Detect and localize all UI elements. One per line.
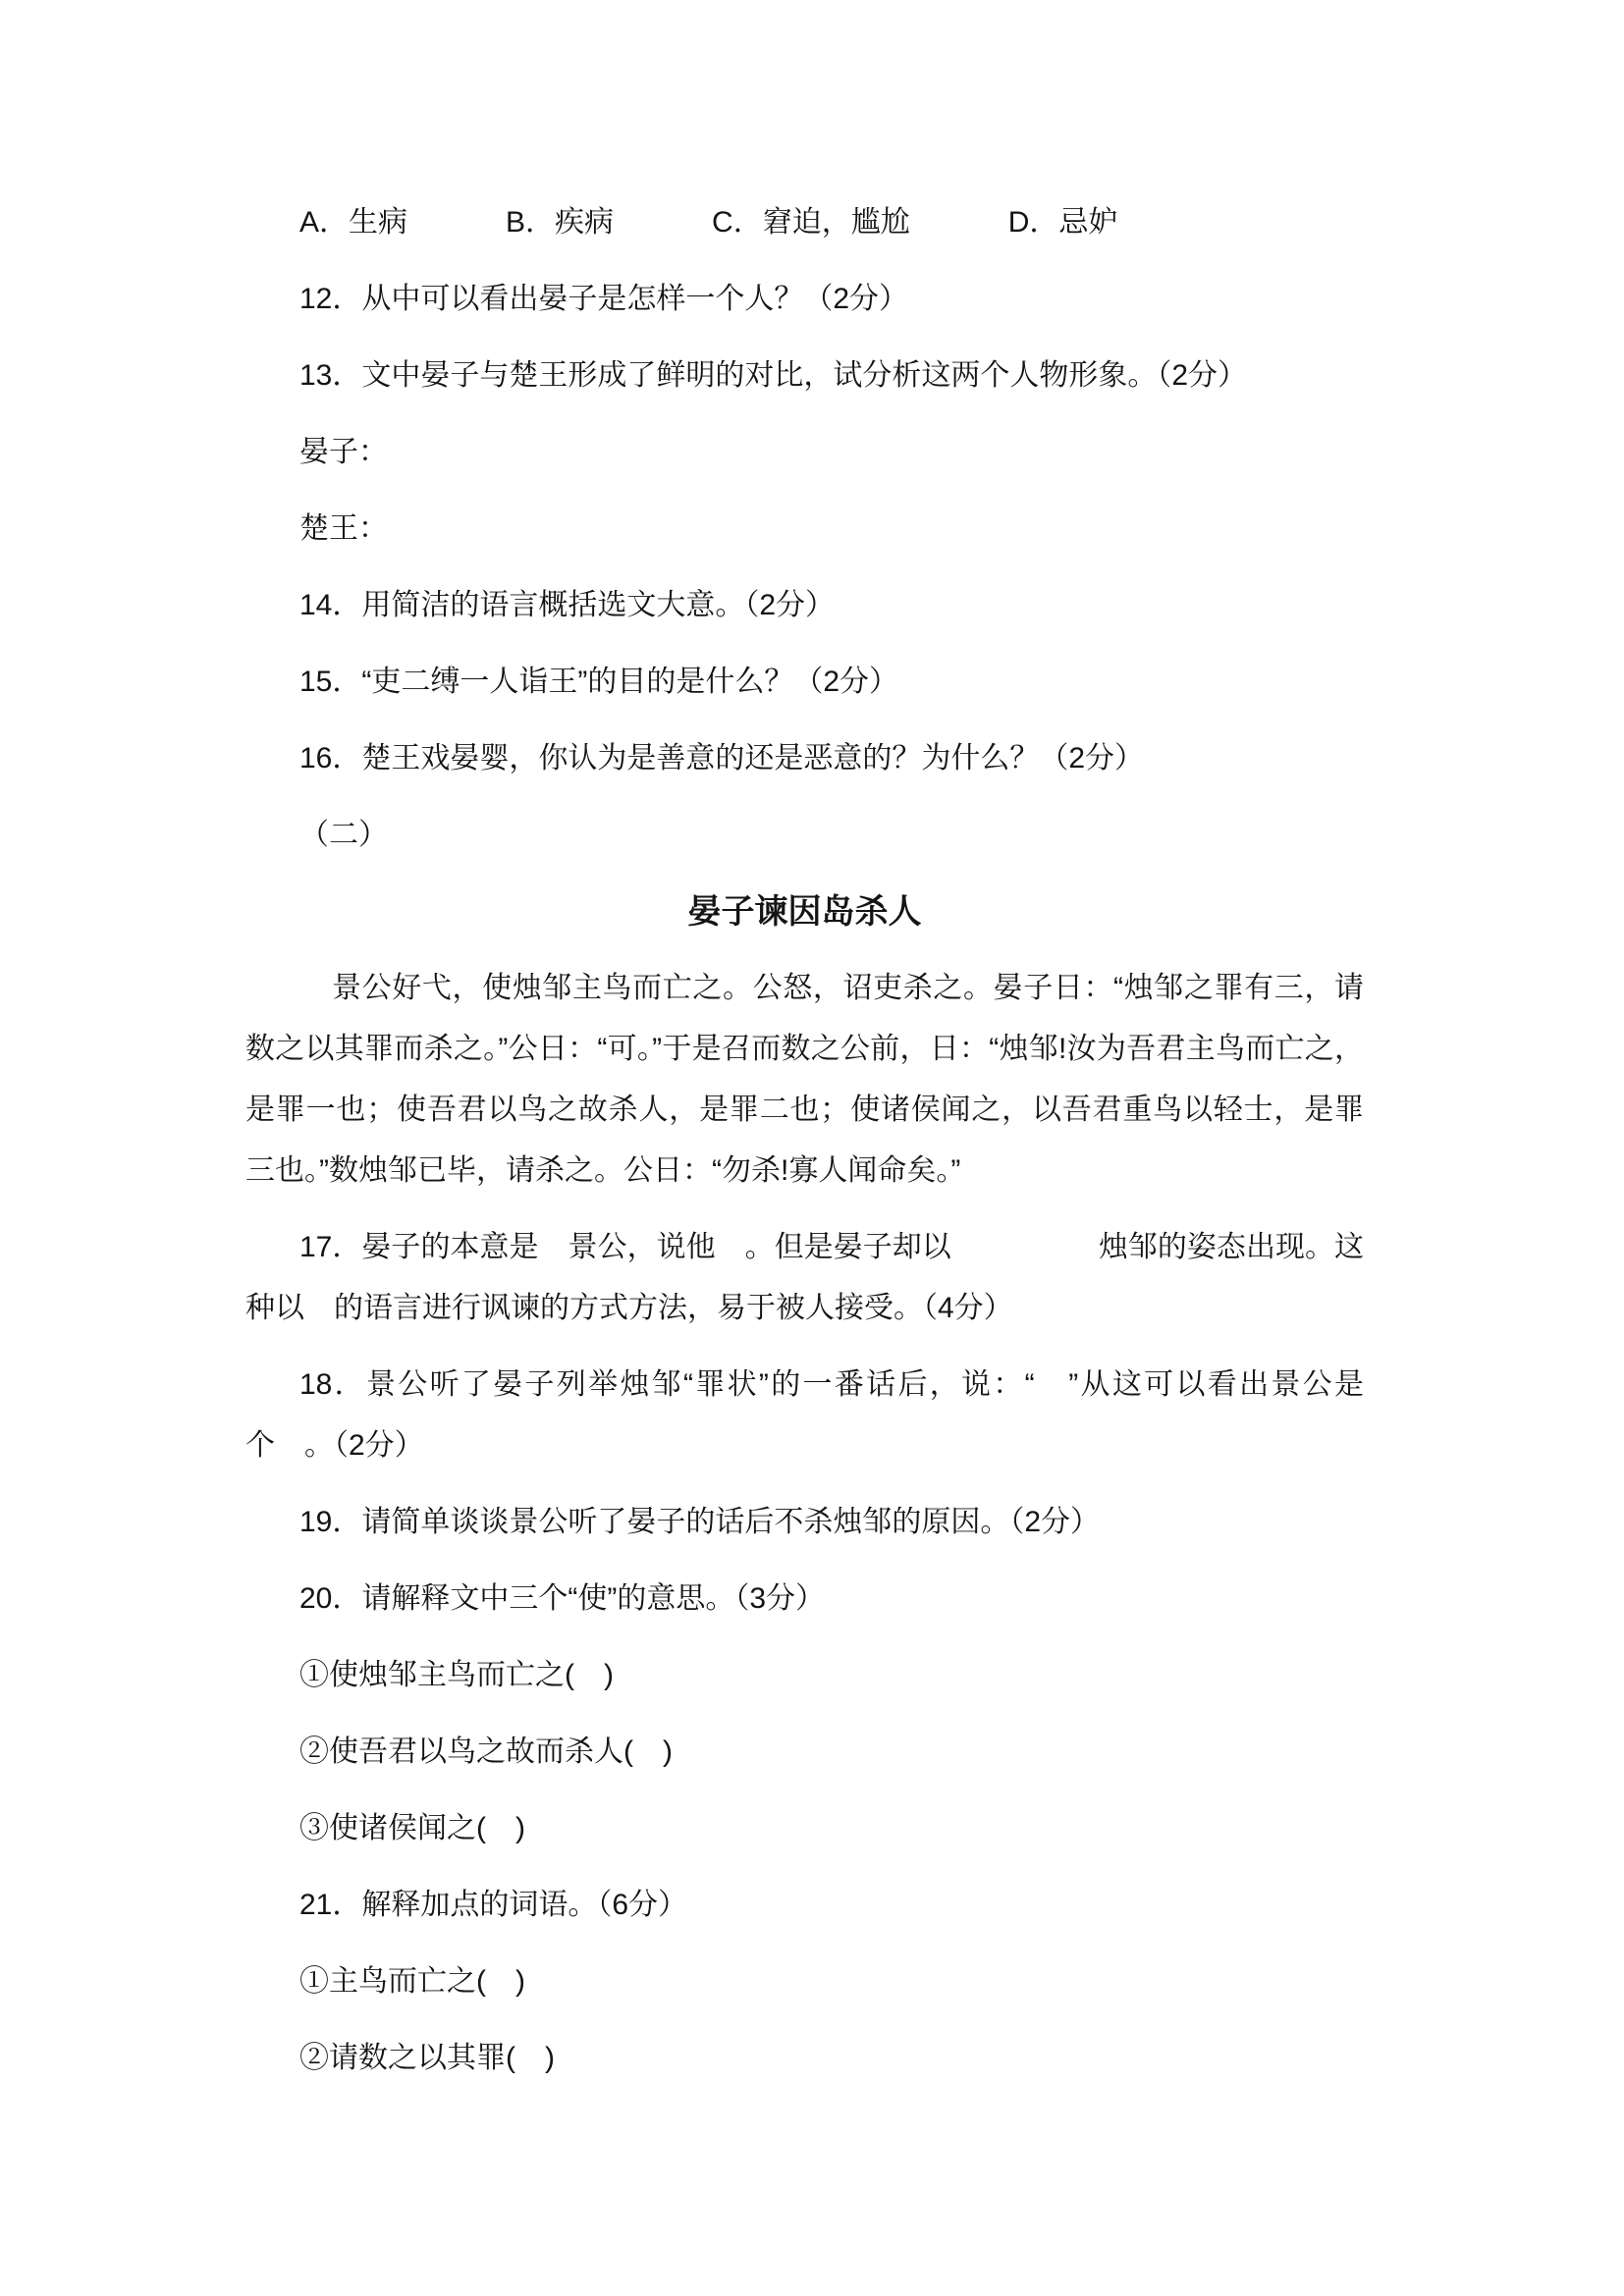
answer-label-chuwang: 楚王： [245, 499, 1364, 560]
question-12: 12．从中可以看出晏子是怎样一个人？（2分） [245, 269, 1364, 330]
question-21: 21．解释加点的词语。（6分） [245, 1875, 1364, 1936]
exam-page: A．生病 B．疾病 C．窘迫，尴尬 D．忌妒 12．从中可以看出晏子是怎样一个人… [0, 0, 1624, 2296]
question-16: 16．楚王戏晏婴，你认为是善意的还是恶意的？为什么？（2分） [245, 728, 1364, 789]
q21-item-2: ②请数之以其罪( ) [245, 2028, 1364, 2089]
option-b: B．疾病 [506, 192, 614, 253]
option-a: A．生病 [299, 192, 407, 253]
answer-label-yanzi: 晏子： [245, 422, 1364, 483]
question-15: 15．“吏二缚一人诣王”的目的是什么？（2分） [245, 652, 1364, 713]
q21-item-1: ①主鸟而亡之( ) [245, 1951, 1364, 2012]
question-14: 14．用简洁的语言概括选文大意。（2分） [245, 575, 1364, 636]
option-c: C．窘迫，尴尬 [712, 192, 910, 253]
q20-item-3: ③使诸侯闻之( ) [245, 1798, 1364, 1859]
question-19: 19．请简单谈谈景公听了晏子的话后不杀烛邹的原因。（2分） [245, 1492, 1364, 1553]
choice-options-row: A．生病 B．疾病 C．窘迫，尴尬 D．忌妒 [245, 192, 1364, 253]
question-13: 13．文中晏子与楚王形成了鲜明的对比，试分析这两个人物形象。（2分） [245, 346, 1364, 406]
section-2-label: （二） [245, 805, 1364, 866]
question-20: 20．请解释文中三个“使”的意思。（3分） [245, 1569, 1364, 1629]
option-d: D．忌妒 [1008, 192, 1118, 253]
passage-title: 晏子谏因岛杀人 [245, 881, 1364, 942]
q20-item-1: ①使烛邹主鸟而亡之( ) [245, 1645, 1364, 1706]
q20-item-2: ②使吾君以鸟之故而杀人( ) [245, 1722, 1364, 1783]
question-18: 18．景公听了晏子列举烛邹“罪状”的一番话后，说：“ ”从这可以看出景公是个 。… [245, 1355, 1364, 1476]
question-17: 17．晏子的本意是 景公，说他 。但是晏子却以 烛邹的姿态出现。这种以 的语言进… [245, 1217, 1364, 1339]
passage-text: 景公好弋，使烛邹主鸟而亡之。公怒，诏吏杀之。晏子日：“烛邹之罪有三，请数之以其罪… [245, 958, 1364, 1201]
